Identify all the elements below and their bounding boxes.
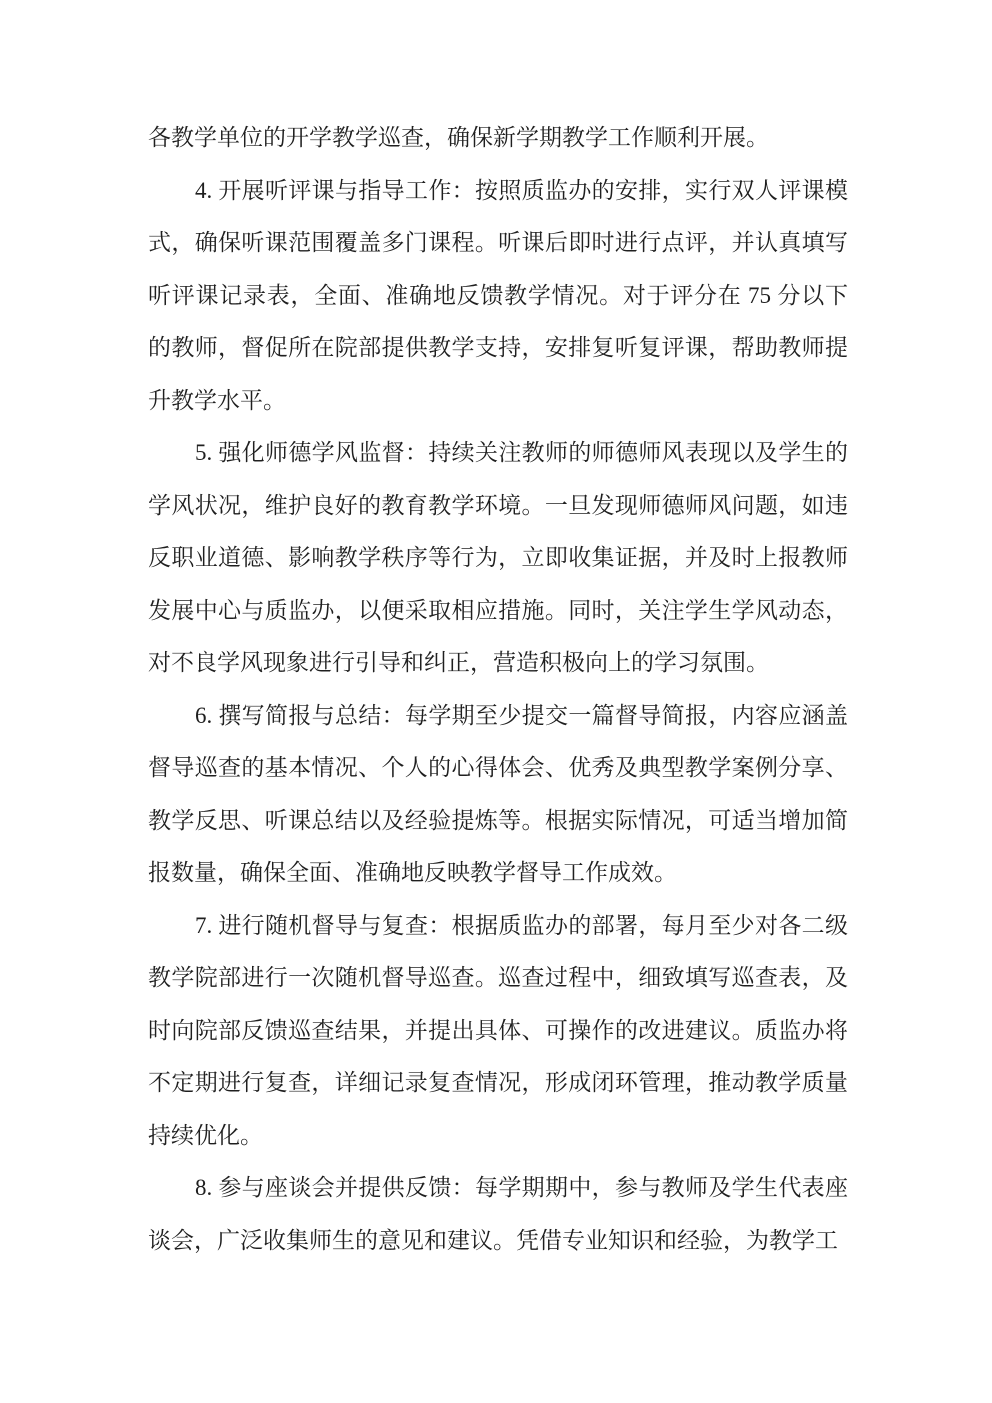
- paragraph-item-5: 5. 强化师德学风监督：持续关注教师的师德师风表现以及学生的学风状况，维护良好的…: [148, 427, 848, 690]
- paragraph-item-7: 7. 进行随机督导与复查：根据质监办的部署，每月至少对各二级教学院部进行一次随机…: [148, 900, 848, 1163]
- document-text-block: 各教学单位的开学教学巡查，确保新学期教学工作顺利开展。 4. 开展听评课与指导工…: [148, 112, 848, 1267]
- paragraph-item-6: 6. 撰写简报与总结：每学期至少提交一篇督导简报，内容应涵盖督导巡查的基本情况、…: [148, 690, 848, 900]
- paragraph-item-8: 8. 参与座谈会并提供反馈：每学期期中，参与教师及学生代表座谈会，广泛收集师生的…: [148, 1162, 848, 1267]
- paragraph-item-4: 4. 开展听评课与指导工作：按照质监办的安排，实行双人评课模式，确保听课范围覆盖…: [148, 165, 848, 428]
- document-page: 各教学单位的开学教学巡查，确保新学期教学工作顺利开展。 4. 开展听评课与指导工…: [0, 0, 992, 1403]
- paragraph-continuation: 各教学单位的开学教学巡查，确保新学期教学工作顺利开展。: [148, 112, 848, 165]
